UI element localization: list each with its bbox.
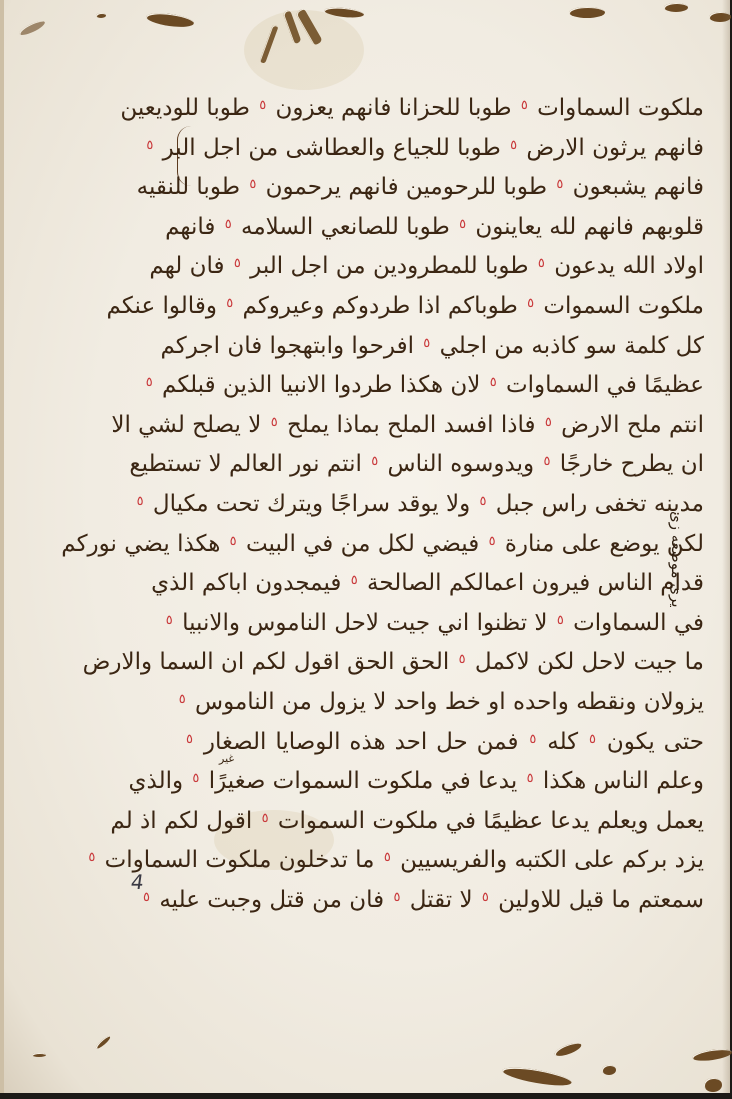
text-line-15: ما جيت لاحل لكن لاكمل ٥ الحق الحق اقول ل… [184,640,704,680]
text-line-8: عظيمًا في السماوات ٥ لان هكذا طردوا الان… [184,363,704,403]
rubric-marker: ٥ [249,165,256,205]
rubric-marker: ٥ [393,878,400,918]
worm-damage-top-7 [569,7,605,18]
paper-stain [244,10,364,90]
rubric-marker: ٥ [556,165,563,205]
worm-damage-top-1 [145,11,194,30]
rubric-marker: ٥ [225,205,232,245]
worm-damage-top-8 [664,3,688,12]
text-line-20: يزد بركم على الكتبه والفريسيين ٥ ما تدخل… [184,838,704,878]
worm-damage-top-2 [96,13,106,18]
text-line-5: اولاد الله يدعون ٥ طوبا للمطرودين من اجل… [184,244,704,284]
rubric-marker: ٥ [351,561,358,601]
text-line-7: كل كلمة سو كاذبه من اجلي ٥ افرحوا وابتهج… [184,324,704,364]
text-line-1: ملكوت السماوات ٥ طوبا للحزانا فانهم يعزو… [184,86,704,126]
rubric-marker: ٥ [589,720,596,760]
text-line-9: انتم ملح الارض ٥ فاذا افسد الملح بماذا ي… [184,403,704,443]
text-line-17: حتى يكون ٥ كله ٥ فمن حل احد هذه الوصايا … [184,720,704,760]
rubric-marker: ٥ [510,126,517,166]
text-line-4: قلوبهم فانهم لله يعاينون ٥ طوبا للصانعي … [184,205,704,245]
rubric-marker: ٥ [271,403,278,443]
worm-damage-bottom-5 [704,1078,722,1092]
text-line-19: يعمل ويعلم يدعا عظيمًا في ملكوت السموات … [184,799,704,839]
rubric-marker: ٥ [143,878,150,918]
text-line-18: وعلم الناس هكذا ٥ يدعا في ملكوت السموات … [184,759,704,799]
rubric-marker: ٥ [234,244,241,284]
rubric-marker: ٥ [459,205,466,245]
text-line-14: في السماوات ٥ لا تظنوا اني جيت لاحل النا… [184,601,704,641]
text-line-16: يزولان ونقطه واحده او خط واحد لا يزول من… [184,680,704,720]
rubric-marker: ٥ [146,363,153,403]
rubric-marker: ٥ [146,126,153,166]
rubric-marker: ٥ [226,284,233,324]
text-line-11: مدينه تخفى راس جبل ٥ ولا يوقد سراجًا ويت… [184,482,704,522]
margin-note: يرى موضعه زى [660,468,690,608]
rubric-marker: ٥ [179,680,186,720]
worm-damage-left-1 [18,18,47,37]
rubric-marker: ٥ [137,482,144,522]
worm-damage-top-9 [709,12,731,22]
worm-damage-bottom-2 [553,1040,582,1058]
worm-damage-bottom-6 [94,1035,111,1050]
rubric-marker: ٥ [166,601,173,641]
worm-damage-bottom-4 [691,1047,732,1062]
rubric-marker: ٥ [521,86,528,126]
rubric-marker: ٥ [527,759,534,799]
rubric-marker: ٥ [482,878,489,918]
rubric-marker: ٥ [527,284,534,324]
interlinear-note: غير [219,752,234,765]
worm-damage-bottom-1 [501,1064,572,1089]
worm-damage-bottom-7 [32,1053,46,1057]
rubric-marker: ٥ [529,720,536,760]
rubric-marker: ٥ [545,403,552,443]
rubric-marker: ٥ [384,838,391,878]
text-line-13: قدام الناس فيرون اعمالكم الصالحة ٥ فيمجد… [184,561,704,601]
rubric-marker: ٥ [538,244,545,284]
rubric-marker: ٥ [543,442,550,482]
rubric-marker: ٥ [192,759,199,799]
rubric-marker: ٥ [557,601,564,641]
rubric-marker: ٥ [88,838,95,878]
rubric-marker: ٥ [480,482,487,522]
text-line-6: ملكوت السموات ٥ طوباكم اذا طردوكم وعيروك… [184,284,704,324]
rubric-marker: ٥ [423,324,430,364]
manuscript-page: ملكوت السماوات ٥ طوبا للحزانا فانهم يعزو… [0,0,730,1093]
rubric-marker: ٥ [230,522,237,562]
rubric-marker: ٥ [259,86,266,126]
rubric-marker: ٥ [186,720,193,760]
rubric-marker: ٥ [371,442,378,482]
text-line-21: سمعتم ما قيل للاولين ٥ لا تقتل ٥ فان من … [184,878,704,918]
worm-damage-bottom-3 [602,1065,616,1075]
text-line-3: فانهم يشبعون ٥ طوبا للرحومين فانهم يرحمو… [184,165,704,205]
manuscript-text-block: ملكوت السماوات ٥ طوبا للحزانا فانهم يعزو… [184,86,704,917]
rubric-marker: ٥ [490,363,497,403]
text-line-10: ان يطرح خارجًا ٥ ويدوسوه الناس ٥ انتم نو… [184,442,704,482]
rubric-marker: ٥ [489,522,496,562]
text-line-2: فانهم يرثون الارض ٥ طوبا للجياع والعطاشى… [184,126,704,166]
rubric-marker: ٥ [459,640,466,680]
rubric-marker: ٥ [262,799,269,839]
text-line-12: لكن يوضع على منارة ٥ فيضي لكل من في البي… [184,522,704,562]
